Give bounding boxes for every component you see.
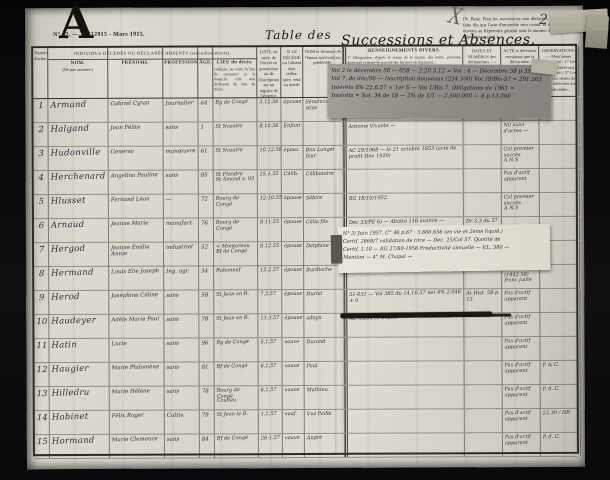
cell-lieu: Bourg de CongéCoulieu — [215, 386, 259, 409]
cell-prenoms: Adèle Marie Paul — [109, 315, 164, 338]
cell-profession: Cultiv. — [165, 410, 200, 433]
cell-lieu: Bf de Congé — [215, 434, 259, 457]
cell-age: 96 — [199, 338, 214, 361]
cell-renseignements: RG 18/10/1952. — [344, 193, 464, 217]
cell-epoux: Durand — [304, 338, 344, 361]
cell-epoux: André — [305, 434, 345, 457]
cell-dates-numeros — [464, 337, 502, 360]
cell-nom: Armand — [48, 99, 108, 122]
cell-acte: Pas d'actif apparent — [502, 169, 540, 192]
cell-lieu: St Jean le B. — [215, 410, 259, 433]
cell-nom: Hudonville — [49, 147, 109, 170]
cell-prenoms: Generso — [109, 147, 164, 170]
cell-date: 3.12.56 — [257, 98, 281, 121]
cell-etat: veuf — [283, 410, 305, 433]
column-header-numero: Numéro d'ordre. — [33, 48, 48, 98]
cell-observations: P. d. C. — [541, 385, 581, 408]
cell-prenoms: Jean Félite — [108, 123, 163, 146]
cell-nom: Hilledru — [50, 387, 110, 410]
cell-profession: Ing. agr. — [164, 266, 199, 289]
cell-etat: épouse — [282, 266, 304, 289]
column-header-lieu: LIEU du décès. Indiquer, en outre, le li… — [213, 47, 257, 97]
table-row: 13 Hilledru Marie Hélène sans 78 Bourg d… — [35, 385, 577, 411]
cell-lieu: Bg de Congé — [213, 98, 257, 121]
cell-dates-numeros — [465, 433, 503, 456]
cell-lieu: Rabannef — [214, 266, 258, 289]
cell-profession: industriel — [164, 242, 199, 266]
cell-etat: épouse — [282, 314, 304, 337]
cell-dates-numeros — [464, 169, 502, 192]
dark-tape-icon — [331, 235, 342, 263]
cell-nom: Hlusset — [49, 195, 109, 218]
cell-nom: Hermand — [49, 267, 109, 290]
cell-dates-numeros — [464, 145, 502, 168]
cell-etat: épouse — [282, 218, 304, 241]
taped-patch-note: Voi 2 le décembre 56 — 058 — 2.20.3.12 =… — [327, 64, 551, 119]
cell-numero: 3 — [34, 147, 49, 170]
cell-dates-numeros — [463, 121, 501, 144]
cell-prenoms: Jeanne Emilie Annie — [109, 243, 164, 267]
cell-nom: Herchenard — [49, 171, 109, 194]
cell-numero: 7 — [34, 243, 49, 267]
cell-numero: 12 — [35, 363, 50, 386]
cell-lieu: St Nazaire — [214, 146, 258, 169]
successions-table: INDIVIDUS DÉCÉDÉS OU DÉCLARÉS ABSENTS (a… — [31, 44, 579, 456]
cell-prenoms: Félix Roger — [110, 411, 165, 434]
form-number: N° 62. — J. 512915 - Mars 1915. — [53, 32, 145, 38]
cell-acte: Pas d'actif apparent — [503, 361, 541, 384]
cell-observations — [540, 337, 580, 360]
letter-index: A — [59, 2, 93, 46]
patch-note-line: Intérêts = Sol. 34 de 18 — 2% de 1/1 — 2… — [331, 92, 547, 101]
cell-acte: Pas d'actif apparent — [503, 433, 541, 456]
cell-lieu: St Jean en R. — [214, 314, 258, 337]
cell-observations: P. & C. — [541, 361, 581, 384]
cell-etat: veuve — [283, 434, 305, 457]
cell-observations — [540, 169, 580, 192]
cell-observations — [539, 121, 579, 144]
cell-prenoms: Gabriel Cyran — [108, 99, 163, 122]
cell-numero: 6 — [34, 219, 49, 242]
cell-age: 52 — [199, 242, 214, 266]
cell-profession: sans — [165, 362, 200, 385]
cell-lieu: + MontereauBf de Congé — [214, 242, 258, 266]
cell-prenoms: Jeanne Marie — [109, 219, 164, 242]
cell-nom: Hergod — [49, 243, 109, 267]
cell-etat: Célib. — [282, 170, 304, 193]
cell-profession: sans — [165, 434, 200, 457]
cell-profession: sans — [165, 386, 200, 409]
cell-etat: épouse — [282, 194, 304, 217]
cell-date: 15.2.57 — [258, 266, 282, 289]
scan-background: A N° 62. — J. 512915 - Mars 1915. Table … — [0, 0, 610, 480]
cell-renseignements — [344, 337, 464, 361]
cell-numero: 10 — [34, 315, 49, 338]
patch-note-line: Vol 7, de déc/56 — Inscription nouveaux … — [331, 75, 547, 84]
cell-dates-numeros — [465, 361, 503, 384]
table-body: 1 Armand Gabriel Cyran Journalier 64 Bg … — [33, 97, 577, 459]
cell-age: 1 — [198, 122, 213, 145]
cell-prenoms: Marie Clemence — [110, 435, 165, 458]
cell-etat: époux — [282, 146, 304, 169]
cell-date: 8.11.55 — [258, 218, 282, 241]
cell-profession: sans — [164, 314, 199, 337]
cell-etat: épouse — [282, 290, 304, 313]
cell-observations: 22.30 / NR — [541, 409, 581, 432]
cell-age: 78 — [200, 386, 215, 409]
cell-nom: Hobinet — [50, 411, 110, 434]
cell-profession: — — [164, 194, 199, 217]
cell-date: 25.1.55 — [258, 170, 282, 193]
cell-date: 26.1.57 — [259, 434, 283, 457]
cell-age: 76 — [199, 218, 214, 241]
table-row: 15 Hormand Marie Clemence sans 84 Bf de … — [35, 433, 577, 459]
table-row: 14 Hobinet Félix Roger Cultiv. 79 St Jea… — [35, 409, 577, 435]
cell-date: 6.1.57 — [259, 386, 283, 409]
table-row: 10 Haudeyer Adèle Marie Paul sans 78 St … — [34, 313, 576, 339]
cell-renseignements — [344, 169, 464, 193]
cell-acte: Pas d'actif apparent — [503, 385, 541, 408]
x-mark: X — [447, 3, 465, 31]
cell-acte: Pas d'actif apparent — [502, 337, 540, 360]
cell-epoux: Sébire — [304, 194, 344, 217]
cell-date: 7.3.57 — [258, 290, 282, 313]
cell-nom: Arnaud — [49, 219, 109, 242]
cell-profession: sans — [164, 338, 199, 361]
cell-observations: P. d. C. — [541, 433, 581, 456]
cell-epoux — [303, 122, 343, 145]
cell-lieu: St Nazaire — [213, 122, 257, 145]
cell-renseignements: 51-031 — Vol 385 du 14.10.57 net 4% 2.04… — [344, 289, 464, 313]
cell-date: 8.12.55 — [258, 242, 282, 266]
cell-profession: sans — [164, 170, 199, 193]
cell-age: 81 — [200, 362, 215, 385]
cell-nom: Hatin — [49, 339, 109, 362]
cell-numero: 2 — [33, 123, 48, 146]
cell-profession: manufact. — [164, 218, 199, 241]
cell-epoux: Mathieu — [305, 386, 345, 409]
cell-observations — [540, 313, 580, 336]
cell-numero: 11 — [34, 339, 49, 362]
cell-acte: Pas d'actif apparent — [502, 289, 540, 312]
cell-prenoms: Marie Philomène — [110, 363, 165, 386]
cell-lieu: St Jean en R. — [214, 290, 258, 313]
cell-prenoms: Joséphine Céline — [109, 291, 164, 314]
table-row: 12 Haugier Marie Philomène sans 81 Bf de… — [35, 361, 577, 387]
cell-prenoms: Louis Elie Joseph — [109, 267, 164, 290]
cell-prenoms: Fernand Léon — [109, 195, 164, 218]
cell-age: 54 — [199, 266, 214, 289]
cell-dates-numeros — [464, 193, 502, 216]
cell-profession: Journalier — [163, 98, 198, 121]
cell-age: 78 — [199, 314, 214, 337]
cell-prenoms: Lucie — [109, 339, 164, 362]
table-row: 3 Hudonville Generso manœuvre 61 St Naza… — [34, 145, 576, 171]
cell-numero: 5 — [34, 195, 49, 218]
cell-etat: veuve — [283, 362, 305, 385]
cell-age: 64 — [198, 98, 213, 121]
cell-etat: épouse — [281, 98, 303, 121]
cell-age: 85 — [199, 170, 214, 193]
cell-epoux: Célibataire — [304, 170, 344, 193]
table-row: 5 Hlusset Fernand Léon — 72 Bourg de Con… — [34, 193, 576, 219]
cell-renseignements — [345, 433, 465, 457]
cell-date: 12.10.55 — [258, 194, 282, 217]
cell-dates-numeros: At Hist. 58 p. 13 — [464, 289, 502, 312]
document-title-prefix: Table des — [265, 28, 332, 42]
cell-epoux: adeyn — [304, 314, 344, 337]
cell-date: 1.1.57 — [259, 410, 283, 433]
cell-numero: 15 — [35, 435, 50, 458]
cell-numero: 9 — [34, 291, 49, 314]
cell-numero: 1 — [33, 99, 48, 122]
cell-observations — [540, 193, 580, 216]
cell-profession: sans — [163, 122, 198, 145]
table-row: 2 Halgand Jean Félite sans 1 St Nazaire … — [33, 121, 575, 147]
column-header-age: ÂGE. — [198, 47, 213, 97]
cell-lieu: St FlandreSt Amand s. 93 — [214, 170, 258, 193]
cell-acte: Col premier succès A N S — [502, 145, 540, 168]
cell-numero: 8 — [34, 267, 49, 290]
cell-epoux: Vve Paille — [305, 410, 345, 433]
cell-dates-numeros — [465, 385, 503, 408]
cell-lieu: Bourg de Congé — [214, 194, 258, 217]
cell-acte: Col premier succès A N S — [502, 193, 540, 216]
cell-nom: Haudeyer — [49, 315, 109, 338]
table-row: 4 Herchenard Angelina Pauline sans 85 St… — [34, 169, 576, 195]
cell-observations — [540, 145, 580, 168]
cell-profession: sans — [164, 290, 199, 313]
column-header-date: DATE, en suite, de l'envoi en possession… — [257, 47, 281, 97]
cell-date: 13.3.57 — [258, 314, 282, 337]
cell-etat: veuve — [283, 386, 305, 409]
document-page: A N° 62. — J. 512915 - Mars 1915. Table … — [25, 6, 585, 469]
column-header-nom: NOM. (Ne pas omettre.) — [48, 48, 108, 98]
cell-acte: Nil suivi d'actes — — [501, 121, 539, 144]
cell-dates-numeros — [465, 409, 503, 432]
cell-age: 79 — [200, 410, 215, 433]
cell-nom: Herod — [49, 291, 109, 314]
cell-observations — [540, 289, 580, 312]
slip-note-line: Mention — 4° M. Chapal — — [343, 251, 545, 262]
cell-epoux: Huriel — [304, 290, 344, 313]
cell-date: 8.10.56 — [257, 122, 281, 145]
cell-renseignements — [345, 361, 465, 385]
cell-numero: 4 — [34, 171, 49, 194]
tape-corner — [585, 15, 609, 48]
cell-date: 10.12.56 — [258, 146, 282, 169]
tape-tab — [531, 58, 558, 75]
cell-epoux: Bon Langéi faur — [304, 146, 344, 169]
cell-numero: 13 — [35, 387, 50, 410]
column-header-etat: SI LE DÉCÉDÉ ou l'absent était céliba- t… — [281, 47, 303, 97]
cell-nom: Haugier — [50, 363, 110, 386]
cell-etat: veuve — [282, 338, 304, 361]
column-header-prenoms: PRÉNOMS. — [108, 48, 163, 98]
cell-age: 84 — [200, 434, 215, 457]
pasted-slip-note: N° 3/ Juin 1957, C° 46 p.67 : 3.888.656 … — [338, 224, 551, 273]
table-row: 9 Herod Joséphine Céline sans 58 St Jean… — [34, 289, 576, 315]
cell-renseignements: AC 29/1968 — le 21 octobre 1853 (acte de… — [344, 145, 464, 169]
cell-acte: Pas d'actif apparent — [502, 313, 540, 336]
table-row: 11 Hatin Lucie sans 96 Bg de Congé 5.1.5… — [34, 337, 576, 363]
cell-acte: Pas d'actif apparent — [503, 409, 541, 432]
cell-lieu: Bourg de Congé — [214, 218, 258, 241]
column-header-profession: PROFESSION. — [163, 47, 198, 97]
cell-etat: épouse — [282, 242, 304, 266]
cell-renseignements — [345, 385, 465, 409]
cell-nom: Hormand — [50, 435, 110, 458]
cell-age: 58 — [199, 290, 214, 313]
cell-numero: 14 — [35, 411, 50, 434]
cell-renseignements — [345, 409, 465, 433]
cell-prenoms: Marie Hélène — [110, 387, 165, 410]
cell-age: 61 — [199, 146, 214, 169]
cell-date: 6.1.57 — [259, 362, 283, 385]
cell-profession: manœuvre — [164, 146, 199, 169]
cell-renseignements: Antoine Vivante — — [343, 121, 463, 145]
cell-nom: Halgand — [48, 123, 108, 146]
cell-epoux: Paul — [305, 362, 345, 385]
cell-lieu: Bf de Congé — [215, 362, 259, 385]
cell-prenoms: Angelina Pauline — [109, 171, 164, 194]
cell-lieu: Bg de Congé — [214, 338, 258, 361]
cell-etat: Enfant — [281, 122, 303, 145]
cell-age: 72 — [199, 194, 214, 217]
cell-date: 5.1.57 — [258, 338, 282, 361]
